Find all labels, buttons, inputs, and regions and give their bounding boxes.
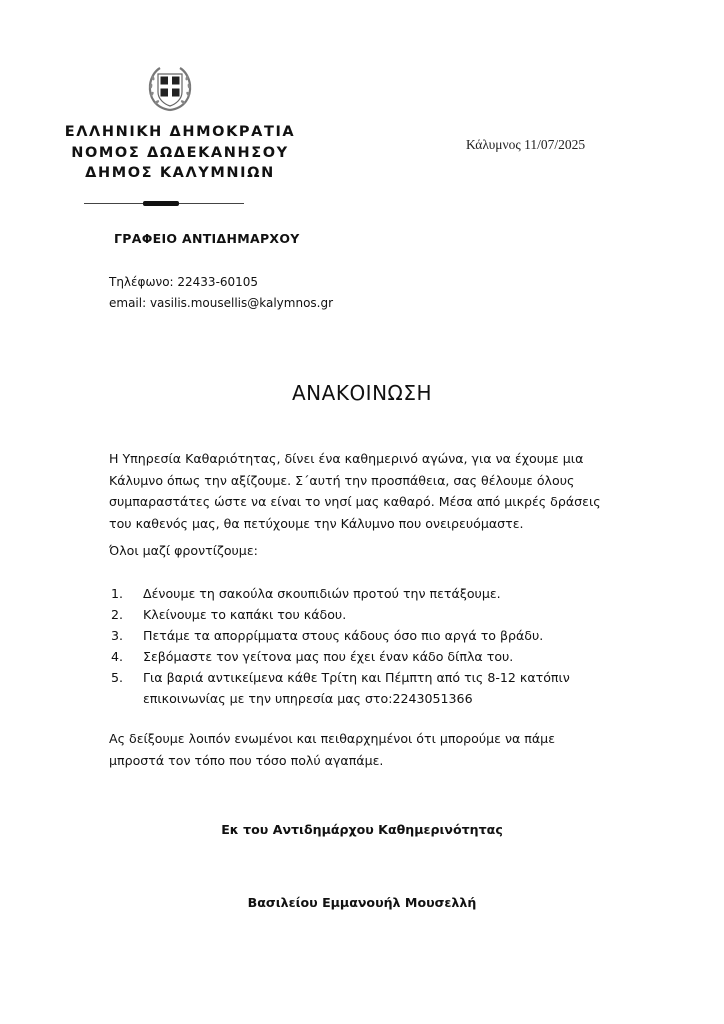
list-item: 2. Κλείνουμε το καπάκι του κάδου. [109,604,629,625]
office-name: ΓΡΑΦΕΙΟ ΑΝΤΙΔΗΜΑΡΧΟΥ [114,231,300,246]
document-title: ΑΝΑΚΟΙΝΩΣΗ [0,381,724,405]
list-text: Πετάμε τα απορρίμματα στους κάδους όσο π… [143,625,629,646]
country-name: ΕΛΛΗΝΙΚΗ ΔΗΜΟΚΡΑΤΙΑ [52,122,308,143]
list-text: Κλείνουμε το καπάκι του κάδου. [143,604,629,625]
intro-paragraph: Η Υπηρεσία Καθαριότητας, δίνει ένα καθημ… [109,448,629,534]
email-address: email: vasilis.mousellis@kalymnos.gr [109,293,333,314]
list-text: Δένουμε τη σακούλα σκουπιδιών προτού την… [143,583,629,604]
paragraph-line: Η Υπηρεσία Καθαριότητας, δίνει ένα καθημ… [109,448,629,470]
contact-block: Τηλέφωνο: 22433-60105 email: vasilis.mou… [109,272,333,314]
guidelines-list: 1. Δένουμε τη σακούλα σκουπιδιών προτού … [109,583,629,709]
header-divider-accent [143,201,179,206]
list-text: Σεβόμαστε τον γείτονα μας που έχει έναν … [143,646,629,667]
list-number: 2. [111,604,123,625]
paragraph-line: του καθενός μας, θα πετύχουμε την Κάλυμν… [109,513,629,535]
government-header: ΕΛΛΗΝΙΚΗ ΔΗΜΟΚΡΑΤΙΑ ΝΟΜΟΣ ΔΩΔΕΚΑΝΗΣΟΥ ΔΗ… [52,122,308,184]
list-item: 1. Δένουμε τη σακούλα σκουπιδιών προτού … [109,583,629,604]
paragraph-line: Κάλυμνο όπως την αξίζουμε. Σ΄αυτή την πρ… [109,470,629,492]
document-date: Κάλυμνος 11/07/2025 [466,137,585,153]
list-item: 3. Πετάμε τα απορρίμματα στους κάδους όσ… [109,625,629,646]
list-number: 4. [111,646,123,667]
list-number: 5. [111,667,123,688]
prefecture-name: ΝΟΜΟΣ ΔΩΔΕΚΑΝΗΣΟΥ [52,143,308,164]
signoff-name: Βασιλείου Εμμανουήλ Μουσελλή [0,895,724,910]
paragraph-line: συμπαραστάτες ώστε να είναι το νησί μας … [109,491,629,513]
list-number: 1. [111,583,123,604]
signoff-title: Εκ του Αντιδημάρχου Καθημερινότητας [0,822,724,837]
greek-coat-of-arms-icon [145,64,195,114]
closing-paragraph: Ας δείξουμε λοιπόν ενωμένοι και πειθαρχη… [109,728,629,771]
phone-number: Τηλέφωνο: 22433-60105 [109,272,333,293]
paragraph-line: μπροστά τον τόπο που τόσο πολύ αγαπάμε. [109,750,629,772]
list-text: Για βαριά αντικείμενα κάθε Τρίτη και Πέμ… [143,667,583,709]
list-number: 3. [111,625,123,646]
list-item: 5. Για βαριά αντικείμενα κάθε Τρίτη και … [109,667,629,709]
paragraph-line: Ας δείξουμε λοιπόν ενωμένοι και πειθαρχη… [109,728,629,750]
municipality-name: ΔΗΜΟΣ ΚΑΛΥΜΝΙΩΝ [52,163,308,184]
list-item: 4. Σεβόμαστε τον γείτονα μας που έχει έν… [109,646,629,667]
list-intro: Όλοι μαζί φροντίζουμε: [109,540,629,562]
